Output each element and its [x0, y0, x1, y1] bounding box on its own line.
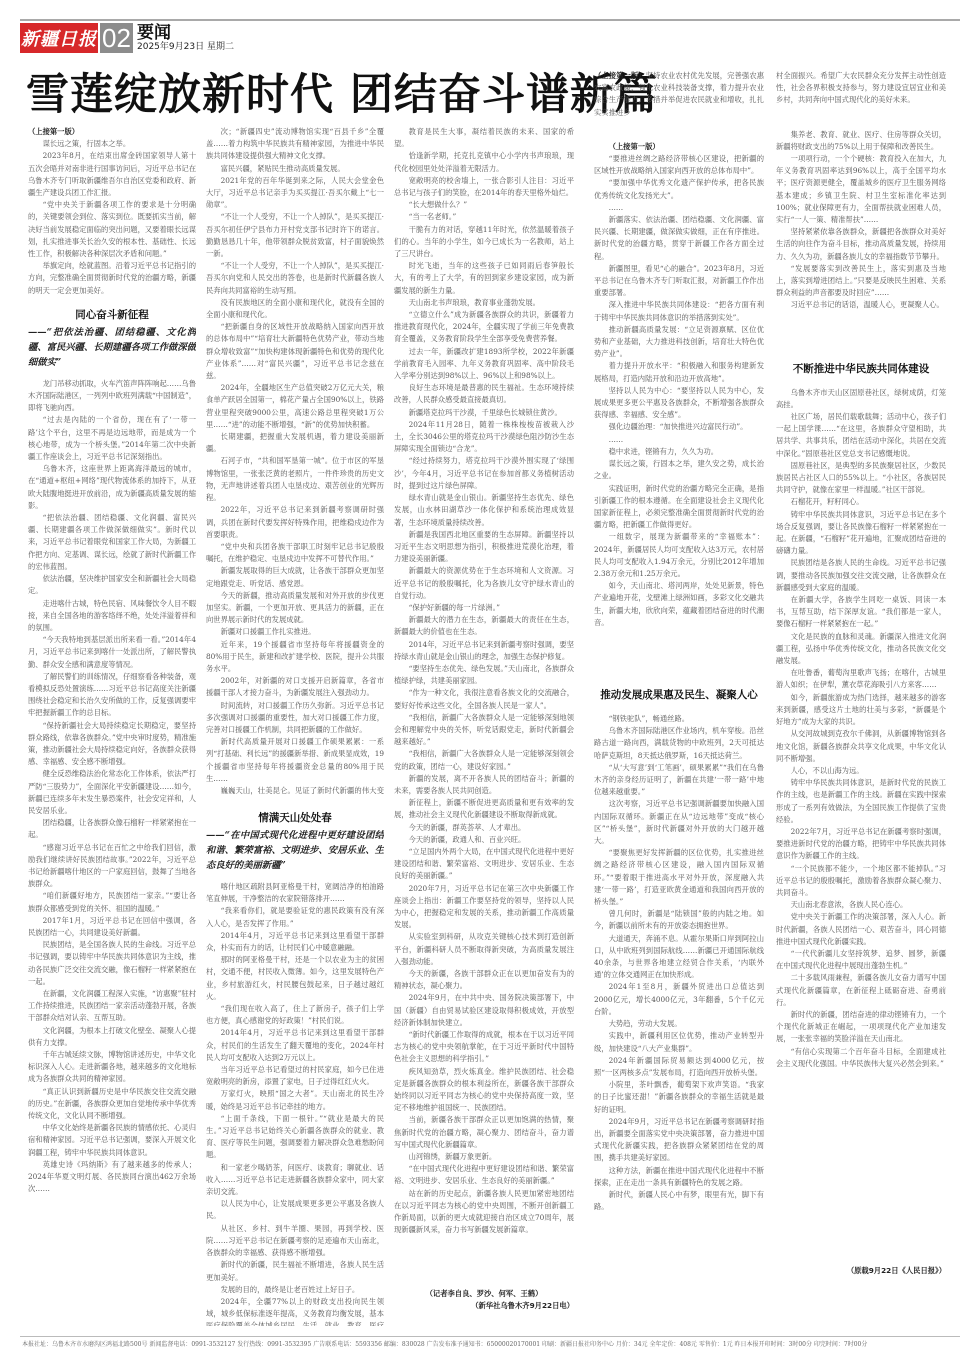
paragraph: 2021年党的百年华诞到来之际，人民大会堂金色大厅，习近平总书记亲手为买买提江·… [206, 175, 384, 212]
issue-date: 2025年9月23日 星期二 [137, 42, 234, 53]
paragraph: 大势趋，劳动大发展。 [594, 1018, 764, 1030]
paragraph: 时光飞逝，当年的这些孩子已如同雨后春笋般长大，有的考上了大学，有的回到家乡建设家… [394, 260, 574, 297]
paragraph: 举旗定向，绘就蓝图。沿着习近平总书记指引的方向，完整准确全面贯彻新时代党的治疆方… [28, 260, 196, 297]
col5-paragraphs: 集养老、教育、就业、医疗、住房等群众关切，新疆将财政支出的75%以上用于保障和改… [776, 129, 946, 349]
paragraph: “今天我特地到基层派出所来看一看。”2014年4月，习近平总书记来到喀什一处派出… [28, 634, 196, 671]
paragraph: 走进喀什古城，特色民宿、风味餐饮令人目不暇接，来自全国各地的游客络绎不绝，处处洋… [28, 598, 196, 635]
paragraph: “上面千条线，下面一根针。”“就业是最大的民生。”习近平总书记始终关心新疆各族群… [206, 1113, 384, 1162]
paragraph: 山河锦绣，新疆万象更新。 [394, 1151, 574, 1163]
section-title: 要闻 [137, 24, 234, 42]
paragraph: 文化润疆，为根本上打破文化壁垒、凝聚人心提供有力支撑。 [28, 1025, 196, 1049]
paragraph: 新疆最大的资源优势在于生态环境和人文资源。习近平总书记的殷殷嘱托，化为各族儿女守… [394, 565, 574, 602]
paragraph: “新时代新疆工作取得的成就，根本在于以习近平同志为核心的党中央领航掌舵，在于习近… [394, 1029, 574, 1066]
paragraph: 发展的目的，最终是让老百姓过上好日子。 [206, 1284, 384, 1296]
masthead: 新疆日报 02 要闻 2025年9月23日 星期二 [20, 23, 234, 53]
paragraph: “要加强中华优秀文化遗产保护传承，把各民族优秀传统文化发扬光大”。 [594, 177, 764, 201]
paragraph: “发展要落实到改善民生上，落实到惠及当地上，落实到增进团结上。”只要是反映民生困… [776, 263, 946, 300]
paragraph: 一组数字，展现为新疆带来的“幸福账本”：2024年，新疆居民人均可支配收入达3万… [594, 531, 764, 580]
paragraph: “立德立什么”成为新疆各族群众的共识，新疆着力推进教育现代化，2024年，全疆实… [394, 309, 574, 346]
subheading-quote: ——“把依法治疆、团结稳疆、文化润疆、富民兴疆、长期建疆各项工作做深做细做实” [28, 325, 196, 370]
paragraph: 2024年9月，在中共中央、国务院决策部署下，中国（新疆）自由贸易试验区建设取得… [394, 992, 574, 1029]
paragraph: 今天的新疆，政通人和、百业兴旺。 [394, 834, 574, 846]
paragraph: 2002年，对新疆的对口支援开启新篇章，各省市援疆干部人才接力奋斗，为新疆发展注… [206, 675, 384, 699]
paragraph: 团结稳疆，让各族群众像石榴籽一样紧紧抱在一起。 [28, 817, 196, 841]
paragraph: “保护好新疆的每一片绿洲。” [394, 602, 574, 614]
paragraph: 绿水青山就是金山银山。新疆坚持生态优先、绿色发展，山水林田湖草沙一体化保护和系统… [394, 492, 574, 529]
paragraph: 龙门吊移动抓取，火车汽笛声阵阵响起……乌鲁木齐国际陆港区，一列列中欧班列满载“中… [28, 378, 196, 415]
col4-paragraphs: “要推进丝绸之路经济带核心区建设，把新疆的区域性开放战略纳入国家向西开放的总体布… [594, 153, 764, 675]
paragraph: 坚持紧紧依靠各族群众，新疆把各族群众对美好生活的向往作为奋斗目标，推动高质量发展… [776, 226, 946, 263]
paragraph: 2014年4月，习近平总书记来到这里看望干部群众，朴实而有力的话，让村民们心中暖… [206, 930, 384, 954]
paragraph: “要推进丝绸之路经济带核心区建设，把新疆的区域性开放战略纳入国家向西开放的总体布… [594, 153, 764, 177]
paragraph: 党中央关于新疆工作的决策部署，深入人心。新时代新疆，各族人民团结一心、艰苦奋斗，… [776, 911, 946, 948]
continued-marker: （上接第一版） [609, 142, 660, 151]
paragraph: 谋长远之策，行固本之举。 [28, 138, 196, 150]
paragraph: “党中央关于新疆各项工作的要求是十分明确的，关键要领会到位、落实到位。既要抓实当… [28, 199, 196, 260]
paragraph: 2014年4月，习近平总书记来到这里看望干部群众，村民们的生活发生了翻天覆地的变… [206, 1027, 384, 1064]
paragraph: “我们现在收入高了，住上了新房子，孩子们上学也方便，真心感谢党的好政策！”村民们… [206, 1003, 384, 1027]
paragraph: …… [594, 434, 764, 446]
paragraph: 2022年7月，习近平总书记在新疆考察时强调，要推进新时代党的治疆方略，把铸牢中… [776, 826, 946, 863]
sidebar-column-1: （上接第一版）坚持农业农村优先发展，完善强农惠农富农政策，强化农业科技装备支撑，… [594, 70, 764, 1326]
subheading: 同心奋斗新征程 [28, 307, 196, 323]
col2-paragraphs-2: 喀什地区疏附县阿亚格曼干村，宽阔洁净的柏油路笔直伸展，干净整洁的农家院错落排开…… [206, 881, 384, 1326]
paragraph: 2023年8月，在结束出席金砖国家领导人第十五次会晤并对南非进行国事访问后，习近… [28, 150, 196, 199]
col2-paragraphs: 次；“新疆四史”流动博物馆实现“百县千乡”全覆盖……着力构筑中华民族共有精神家园… [206, 126, 384, 796]
paragraph: 中华文化始终是新疆各民族的情感依托、心灵归宿和精神家园。习近平总书记强调，要深入… [28, 1122, 196, 1159]
paragraph: 从交河故城到克孜尔千佛洞，从新疆博物馆到各地文化馆，新疆各族群众共享文化成果，中… [776, 728, 946, 765]
article-column-2: 次；“新疆四史”流动博物馆实现“百县千乡”全覆盖……着力构筑中华民族共有精神家园… [206, 126, 384, 1326]
paragraph: 新时代高质量开展对口援疆工作硕果累累：一系列“打基础、利长远”的援疆新举措、新成… [206, 736, 384, 785]
paragraph: “经过持续努力，塔克拉玛干沙漠外围实现了‘绿围沙’，今年4月，习近平总书记在参加… [394, 455, 574, 492]
paragraph: 没有民族地区的全面小康和现代化，就没有全国的全面小康和现代化。 [206, 297, 384, 321]
paragraph: 曾几何时，新疆是“陆锁国”般的内陆之地。如今，新疆以前所未有的开放姿态拥抱世界。 [594, 908, 764, 932]
paragraph: “党中央和兵团各族干部职工时刻牢记总书记殷殷嘱托，在维护稳定、屯垦戍边中发挥不可… [206, 541, 384, 565]
paragraph: “作为一种文化，我很注意看各族文化的交流融合，要好好传承这些文化，全国各族人民是… [394, 687, 574, 711]
paragraph: 了解民警们的训练情况，仔细察看各种装备，观看模拟反恐处置演练……习近平总书记高度… [28, 671, 196, 720]
paragraph: “保持新疆社会大局持续稳定长期稳定，要坚持群众路线，依靠各族群众。”党中央审时度… [28, 720, 196, 769]
paragraph: 近年来，19个援疆省市坚持每年将援疆资金的80%用于民生，新建和改扩建学校、医院… [206, 639, 384, 676]
paragraph: 新时代，新疆人民心中有梦，眼里有光，脚下有路。 [594, 1189, 764, 1213]
paragraph: “一代代新疆儿女坚持筑梦、追梦、圆梦，新疆在中国式现代化进程中展现出蓬勃生机。” [776, 948, 946, 972]
paragraph: 英雄史诗《玛纳斯》有了越来越多的传承人；2024年华夏文明灯展、各民族同台演出4… [28, 1159, 196, 1196]
paragraph: 干脆有力的对话，穿越11年时光，依然温暖着孩子们的心。当年的小学生，如今已成长为… [394, 224, 574, 261]
paragraph: 2020年7月，习近平总书记在第三次中央新疆工作座谈会上指出：新疆工作要坚持党的… [394, 883, 574, 932]
paragraph: 固原巷社区，是典型的多民族聚居社区，少数民族居民占社区人口的55%以上。“小社区… [776, 460, 946, 497]
paragraph: 集养老、教育、就业、医疗、住房等群众关切，新疆将财政支出的75%以上用于保障和改… [776, 129, 946, 153]
paragraph: 这种方法，新疆在推进中国式现代化进程中不断探索，正在走出一条具有新疆特色的发展之… [594, 1165, 764, 1189]
paragraph: 二十多载风雨兼程，新疆各族儿女奋力谱写中国式现代化新疆篇章，在新征程上砥砺奋进、… [776, 972, 946, 1009]
sidebar-top-text-2: 村全面振兴。希望广大农民群众充分发挥主动性创造性，社会各界积极支持参与，努力建设… [776, 70, 946, 107]
paragraph: 这次考察，习近平总书记强调新疆要加快融入国内国际双循环。新疆正在从“边远地带”变… [594, 798, 764, 847]
paragraph: 2024年9月，习近平总书记在新疆考察调研时指出，新疆要全面落实党中央决策部署，… [594, 1116, 764, 1165]
paragraph: 宽敞明亮的校舍墙上，一张合影引人注目：习近平总书记与孩子们的笑脸，在2014年的… [394, 175, 574, 199]
dateline: （新华社乌鲁木齐9月22日电） [394, 1300, 574, 1312]
col4-paragraphs-2: “钢铁驼队”，畅通丝路。乌鲁木齐国际陆港区作业场内，机车穿梭。沿丝路古道一路向西… [594, 713, 764, 1213]
paragraph: 长期建疆，把握重大发展机遇，着力建设美丽新疆。 [206, 431, 384, 455]
paragraph: 新疆图里，看见“心的融合”。2023年8月，习近平总书记在乌鲁木齐专门听取汇报，… [594, 263, 764, 300]
article-column-3: 教育是民生大事，凝结着民族的未来、国家的希望。恰逢新学期，托克扎克镇中心小学内书… [394, 126, 574, 1326]
paragraph: 今天的新疆，各族干部群众正在以更加奋发有为的精神状态，凝心聚力。 [394, 968, 574, 992]
paragraph: 石榴花开，籽籽同心。 [776, 496, 946, 508]
paragraph: 2017年1月，习近平总书记在回信中强调，各民族团结一心，共同建设美好新疆。 [28, 915, 196, 939]
paragraph: “咱们新疆好地方，民族团结一家亲。”“要让各族群众都感受到党的关怀、祖国的温暖。… [28, 890, 196, 914]
paragraph: 次；“新疆四史”流动博物馆实现“百县千乡”全覆盖……着力构筑中华民族共有精神家园… [206, 126, 384, 163]
paragraph: “长大想做什么？” [394, 199, 574, 211]
paragraph: 小院里，茶叶飘香，葡萄架下欢声笑语。“我家的日子比蜜还甜！”新疆各族群众的幸福生… [594, 1079, 764, 1116]
reporter-byline: （记者李自良、罗沙、何军、王鹤） [394, 1288, 574, 1300]
paragraph: 一项项行动，一个个硬核：教育投入在加大，九年义务教育巩固率达到96%以上，高于全… [776, 153, 946, 226]
paragraph: 以人民为中心，让发展成果更多更公平惠及各族人民。 [206, 1198, 384, 1222]
paragraph: 新疆是我国西北地区重要的生态屏障。新疆坚持以习近平生态文明思想为指引，积极推进荒… [394, 529, 574, 566]
paragraph: 习近平总书记的话语，温暖人心，更凝聚人心。 [776, 299, 946, 311]
paragraph: 从实验室到科研，从攻克关键核心技术到打造创新平台，新疆科研人员不断取得新突破，为… [394, 931, 574, 968]
colophon-footer: 本报社址：乌鲁木齐市水磨沟区鸿福北路500号 新闻监督电话：0991-35321… [22, 1340, 958, 1350]
paragraph: 2022年，习近平总书记来到新疆考察调研时强调，兵团在新时代要发挥好特殊作用，把… [206, 504, 384, 541]
section-info: 要闻 2025年9月23日 星期二 [137, 23, 234, 53]
paragraph: “不让一个人受穷，不让一个人掉队”，是买买提江·吾买尔初任伊宁县布力开村党支部书… [206, 211, 384, 260]
continued-marker: （上接第一版） [594, 71, 646, 80]
paragraph: 新疆发展取得的巨大成就，让各族干部群众更加坚定地跟党走、听党话、感党恩。 [206, 565, 384, 589]
paragraph: “把新疆自身的区域性开放战略纳入国家向西开放的总体布局中”“培育壮大新疆特色优势… [206, 321, 384, 382]
paragraph: 教育是民生大事，凝结着民族的未来、国家的希望。 [394, 126, 574, 150]
paragraph: 人心，不以山海为远。 [776, 765, 946, 777]
paragraph: 2024年1至8月，新疆外贸进出口总值达到2000亿元，增长4000亿元，3年翻… [594, 981, 764, 1018]
paragraph: 依法治疆，坚决维护国家安全和新疆社会大局稳定。 [28, 573, 196, 597]
paragraph: 当年习近平总书记看望过的村民家庭，如今已住进宽敞明亮的新房，添置了家电，日子过得… [206, 1064, 384, 1088]
paragraph: 乌鲁木齐市天山区固原巷社区，绿树成荫，灯笼高挂。 [776, 387, 946, 411]
paragraph: “立足国内外两个大局，在中国式现代化进程中更好建设团结和谐、繁荣富裕、文明进步、… [394, 846, 574, 883]
paragraph: “一个民族都不能少，一个地区都不能掉队。”习近平总书记的殷殷嘱托，激励着各族群众… [776, 863, 946, 900]
paragraph: 万家灯火，映照“国之大者”。天山南北的民生冷暖，始终是习近平总书记牵挂的地方。 [206, 1088, 384, 1112]
paragraph: 当前，新疆各族干部群众正以更加饱满的热情，聚焦新时代党的治疆方略，凝心聚力、团结… [394, 1114, 574, 1151]
paragraph: 天山南北春意浓，各族人民心连心。 [776, 899, 946, 911]
newspaper-logo: 新疆日报 [20, 23, 98, 53]
subheading: 不断推进中华民族共同体建设 [776, 361, 946, 377]
paragraph: 恰逢新学期，托克扎克镇中心小学内书声琅琅，现代化校园里处处洋溢着无限活力。 [394, 150, 574, 174]
paragraph: “我相信，新疆广大各族群众人是一定能够深刻地领会和理解党中央的关怀，听党话跟党走… [394, 712, 574, 749]
paragraph: 天山南北书声琅琅，教育事业蓬勃发展。 [394, 297, 574, 309]
paragraph: 新疆塔克拉玛干沙漠，千里绿色长城锁住黄沙。 [394, 407, 574, 419]
paragraph: “当一名老师。” [394, 211, 574, 223]
paragraph: 新疆的发展，离不开各族人民的团结奋斗；新疆的未来，需要各族人民共同创造。 [394, 773, 574, 797]
paragraph: 铸牢中华民族共同体意识，习近平总书记在多个场合反复强调，要让各民族像石榴籽一样紧… [776, 509, 946, 558]
paragraph: “有信心实现第二个百年奋斗目标，全面建成社会主义现代化强国。中华民族伟大复兴必然… [776, 1046, 946, 1070]
paragraph: “钢铁驼队”，畅通丝路。 [594, 713, 764, 725]
paragraph: 新疆最大的潜力在生态，新疆最大的责任在生态，新疆最大的价值也在生态。 [394, 614, 574, 638]
paragraph: “要聚焦更好发挥新疆的区位优势，扎实推进丝绸之路经济带核心区建设，融入国内国际双… [594, 847, 764, 908]
paragraph: 过去一年，新疆改扩建1893所学校，2022年新疆学前教育毛入园率、九年义务教育… [394, 346, 574, 383]
paragraph: 今天的新疆，推动高质量发展和对外开放的步伐更加坚实。新疆，一个更加开放、更具活力… [206, 590, 384, 627]
paragraph: 民族团结是各族人民的生命线。习近平总书记强调，要推动各民族加强交往交流交融，让各… [776, 557, 946, 594]
paragraph: 时间流转，对口援疆工作历久弥新。习近平总书记多次强调对口援疆的重要性，加大对口援… [206, 700, 384, 737]
paragraph: “要坚持生态优先、绿色发展。”天山南北，各族群众植绿护绿，共建美丽家园。 [394, 663, 574, 687]
sidebar-column-2: 村全面振兴。希望广大农民群众充分发挥主动性创造性，社会各界积极支持参与，努力建设… [776, 70, 946, 1326]
paragraph: “在中国式现代化进程中更好建设团结和谐、繁荣富裕、文明进步、安居乐业、生态良好的… [394, 1163, 574, 1187]
paragraph: 2014年，习近平总书记来到新疆考察时强调，要坚持绿水青山就是金山银山的理念，加… [394, 639, 574, 663]
paragraph: 乌鲁木齐国际陆港区作业场内，机车穿梭。沿丝路古道一路向西，满载货物的中欧班列，2… [594, 725, 764, 762]
col1-paragraphs: 谋长远之策，行固本之举。2023年8月，在结束出席金砖国家领导人第十五次会晤并对… [28, 138, 196, 297]
paragraph: 千年古城延续文脉，博物馆讲述历史，中华文化标识深入人心。走进新疆各地，越来越多的… [28, 1049, 196, 1086]
paragraph: 2024年11月28日，随着一株株梭梭苗被栽入沙土，全长3046公里的塔克拉玛干… [394, 419, 574, 456]
subheading-quote: ——“在中国式现代化进程中更好建设团结和谐、繁荣富裕、文明进步、安居乐业、生态良… [206, 828, 384, 873]
col3-paragraphs: 教育是民生大事，凝结着民族的未来、国家的希望。恰逢新学期，托克扎克镇中心小学内书… [394, 126, 574, 1288]
paragraph: “把依法治疆、团结稳疆、文化润疆、富民兴疆、长期建疆各项工作做深做细做实”。新时… [28, 512, 196, 573]
paragraph: “过去是內陆的一个省份，现在有了‘一带一路’这个平台，这里不再是边远地带，而是成… [28, 414, 196, 463]
paragraph: 大道通天，奔涌不息。从霍尔果斯口岸到阿拉山口，从中欧班列到国际航线……新疆已开通… [594, 933, 764, 982]
paragraph: 健全反恐维稳法治化常态化工作体系，依法严打严防“三股势力”，全面深化平安新疆建设… [28, 768, 196, 817]
bottom-rule [20, 1336, 960, 1337]
paragraph: 新疆落实、依法治疆、团结稳疆、文化润疆、富民兴疆、长期建疆，做深做实做细，正在有… [594, 214, 764, 263]
paragraph: 新征程上，新疆不断促进更高质量和更有效率的发展，推动社会主义现代化新疆建设不断取… [394, 797, 574, 821]
paragraph: 稳中求进，铿锵有力，久久为功。 [594, 446, 764, 458]
paragraph: 如今，新疆旅游成为热门选择，越来越多的游客来到新疆，感受这片土地的壮美与多彩，“… [776, 692, 946, 729]
paragraph: 巍巍天山，壮美昆仑。见证了新时代新疆的伟大变革，见证了各族儿女在党的领导下团结奋… [206, 785, 384, 796]
paragraph: 从社区、乡村、到牛羊圈、果园，再到学校、医院……习近平总书记在新疆考察的足迹遍布… [206, 1223, 384, 1260]
paragraph: 和一家老少喝奶茶，问医疗、谈教育；聊就业、话收入……习近平总书记走进新疆各族群众… [206, 1162, 384, 1199]
paragraph: 社区广场，居民们载歌载舞；活动中心，孩子们一起上国学课……“在这里，各族群众守望… [776, 411, 946, 460]
paragraph: “我来看你们，就是要验证党的惠民政策有没有深入人心，是否发挥了作用。” [206, 905, 384, 929]
paragraph: 实践证明，新时代党的治疆方略完全正确，是指引新疆工作的根本遵循。在全面建设社会主… [594, 483, 764, 532]
subheading: 情满天山处处春 [206, 810, 384, 826]
col5-paragraphs-2: 乌鲁木齐市天山区固原巷社区，绿树成荫，灯笼高挂。社区广场，居民们载歌载舞；活动中… [776, 387, 946, 1265]
paragraph: 2024年，全疆地区生产总值突破2万亿元大关，粮食单产跃居全国第一，棉花产量占全… [206, 382, 384, 431]
article-column-1: （上接第一版） 谋长远之策，行固本之举。2023年8月，在结束出席金砖国家领导人… [28, 126, 196, 1326]
paragraph: “感谢习近平总书记在百忙之中给我们回信，激励我们继续讲好民族团结故事。”2022… [28, 842, 196, 891]
paragraph: 强化边疆治理：“加快推进兴边富民行动”。 [594, 421, 764, 433]
paragraph: “我相信，新疆广大各族群众人是一定能够深刻领会党的政策，团结一心，建设好家园。” [394, 748, 574, 772]
paragraph: “从‘大写意’到‘工笔画’，硕果累累”“我们在乌鲁木齐的亲身经历证明了，新疆在共… [594, 762, 764, 799]
paragraph: 铸牢中华民族共同体意识，是新时代党的民族工作的主线，也是新疆工作的主线。新疆在实… [776, 777, 946, 826]
paragraph: 良好生态环境是最普惠的民生福祉。生态环境持续改善，人民群众感受最直接最真切。 [394, 382, 574, 406]
paragraph: 在吐鲁番，葡萄沟里歌声飞扬；在喀什，古城里游人如织；在伊犁，薰衣草花海吸引八方来… [776, 667, 946, 691]
paragraph: 如今，天山南北、塔河两岸，处处见新景，特色产业遍地开花，戈壁滩上绿洲如画，多彩文… [594, 580, 764, 629]
paragraph: 坚持以人民为中心：“要坚持以人民为中心，发展成果更多更公平惠及各族群众，不断增强… [594, 385, 764, 422]
continued-marker: （上接第一版） [28, 127, 79, 136]
paragraph: 2024年新疆国际贸易额达到4000亿元，按照“一区两核多点”发展布局，打造向西… [594, 1055, 764, 1079]
top-rule [20, 19, 960, 21]
paragraph: 2024年，全疆77%以上的财政支出投向民生领域，城乡低保标准逐年提高，义务教育… [206, 1296, 384, 1326]
paragraph: “真正认识到新疆历史是中华民族交往交流交融的历史。”在新疆，各族群众更加自觉地传… [28, 1086, 196, 1123]
subheading: 推动发展成果惠及民生、凝聚人心 [594, 687, 764, 703]
paragraph: 在新疆大学，各族学生同吃一桌饭、同读一本书，互帮互助，结下深厚友谊。“我们都是一… [776, 594, 946, 631]
paragraph: 喀什地区疏附县阿亚格曼干村，宽阔洁净的柏油路笔直伸展，干净整洁的农家院错落排开…… [206, 881, 384, 905]
col1-paragraphs-2: 龙门吊移动抓取，火车汽笛声阵阵响起……乌鲁木齐国际陆港区，一列列中欧班列满载“中… [28, 378, 196, 1196]
page-headline: 雪莲绽放新时代 团结奋斗谱新篇 [26, 70, 586, 120]
paragraph: “不让一个人受穷，不让一个人掉队”，是买买提江·吾买尔向党和人民交出的答卷，也是… [206, 260, 384, 297]
paragraph: 石河子市，“共和国军垦第一城”。位于市区的军垦博物馆里，一张张泛黄的老照片，一件… [206, 455, 384, 504]
paragraph: 疾风知劲草，烈火炼真金。维护民族团结、社会稳定是新疆各族群众的根本利益所在，新疆… [394, 1066, 574, 1115]
paragraph: …… [594, 202, 764, 214]
paragraph: 新时代的新疆，民生福祉不断增进，各族人民生活更加美好。 [206, 1259, 384, 1283]
paragraph: 今天的新疆，群英荟萃、人才辈出。 [394, 822, 574, 834]
paragraph: 乌鲁木齐，这座世界上距离海洋最远的城市，在“通道+枢纽+网络”现代物流体系的加持… [28, 463, 196, 512]
page-number: 02 [100, 23, 133, 53]
paragraph: 文化是民族的血脉和灵魂。新疆深入推进文化润疆工程，弘扬中华优秀传统文化，推动各民… [776, 631, 946, 668]
paragraph: 新时代的新疆，团结奋进的律动铿锵有力，一个个现代化新城正在崛起，一项项现代化产业… [776, 1009, 946, 1046]
paragraph: 谋长远之策，行固本之举，建久安之势，成长治之业。 [594, 458, 764, 482]
paragraph: 那时的阿亚格曼干村，还是一个以农业为主的贫困村，交通不便，村民收入微薄。如今，这… [206, 954, 384, 1003]
paragraph: 新疆对口援疆工作扎实推进。 [206, 626, 384, 638]
paragraph: 深入推进中华民族共同体建设：“把各方面有利于铸牢中华民族共同体意识的举措落到实处… [594, 299, 764, 323]
paragraph: 实践中，新疆利用区位优势，推动产业转型升级，加快建设“八大产业集群”。 [594, 1030, 764, 1054]
paragraph: 着力提升开放水平：“积极融入和服务构建新发展格局，打造内陆开放和沿边开放高地”。 [594, 360, 764, 384]
paragraph: 富民兴疆，紧贴民生推动高质量发展。 [206, 163, 384, 175]
paragraph: 在新疆，文化润疆工程深入实施，“访惠聚”驻村工作持续推进，民族团结一家亲活动蓬勃… [28, 988, 196, 1025]
paragraph: 站在新的历史起点，新疆各族人民更加紧密地团结在以习近平同志为核心的党中央周围，不… [394, 1188, 574, 1237]
paragraph: 民族团结，是全国各族人民的生命线。习近平总书记强调，要以铸牢中华民族共同体意识为… [28, 939, 196, 988]
source-byline: （原载9月22日《人民日报》） [776, 1265, 946, 1277]
paragraph: 推动新疆高质量发展：“立足资源禀赋、区位优势和产业基础，大力推进科技创新，培育壮… [594, 324, 764, 361]
